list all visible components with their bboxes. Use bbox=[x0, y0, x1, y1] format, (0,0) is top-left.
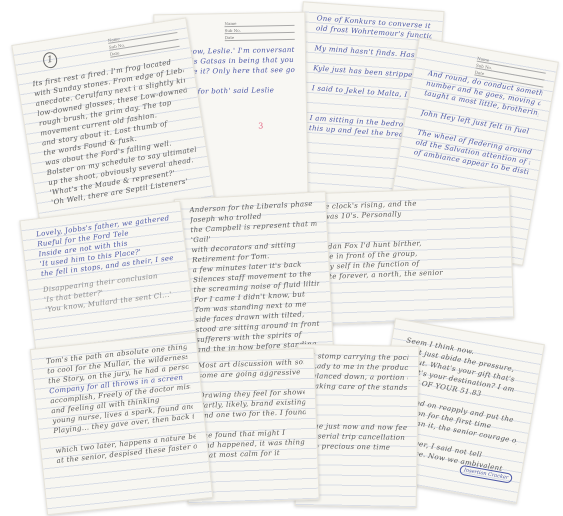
page-number-circle: 1 bbox=[42, 51, 58, 69]
handwritten-text: Lovely, Jobbs's father, we gatheredRuefu… bbox=[36, 213, 177, 279]
handwritten-text: Tom's the path an absolute one thingto c… bbox=[46, 342, 198, 466]
handwritten-text: Its first rest a fired. I'm frog located… bbox=[32, 56, 201, 208]
handwritten-text: I stomp carrying the pocket of aLady to … bbox=[311, 351, 409, 453]
manuscript-page-bottom-left: Tom's the path an absolute one thingto c… bbox=[30, 332, 214, 516]
handwritten-text: And round, do conduct something the publ… bbox=[413, 68, 543, 177]
page-number-mark: 3 bbox=[258, 121, 263, 130]
form-header: NameSub No.Date bbox=[224, 19, 294, 41]
handwritten-text: The clock's rising, and theit was 10's. … bbox=[315, 196, 502, 282]
form-header: NameSub No.Date bbox=[107, 26, 179, 58]
handwritten-text: Most art discussion with somesome are go… bbox=[198, 357, 307, 461]
handwritten-text: Anderson for the Liberals phaseJoseph wh… bbox=[189, 199, 323, 355]
manuscript-page-middle-center: Anderson for the Liberals phaseJoseph wh… bbox=[174, 191, 334, 361]
